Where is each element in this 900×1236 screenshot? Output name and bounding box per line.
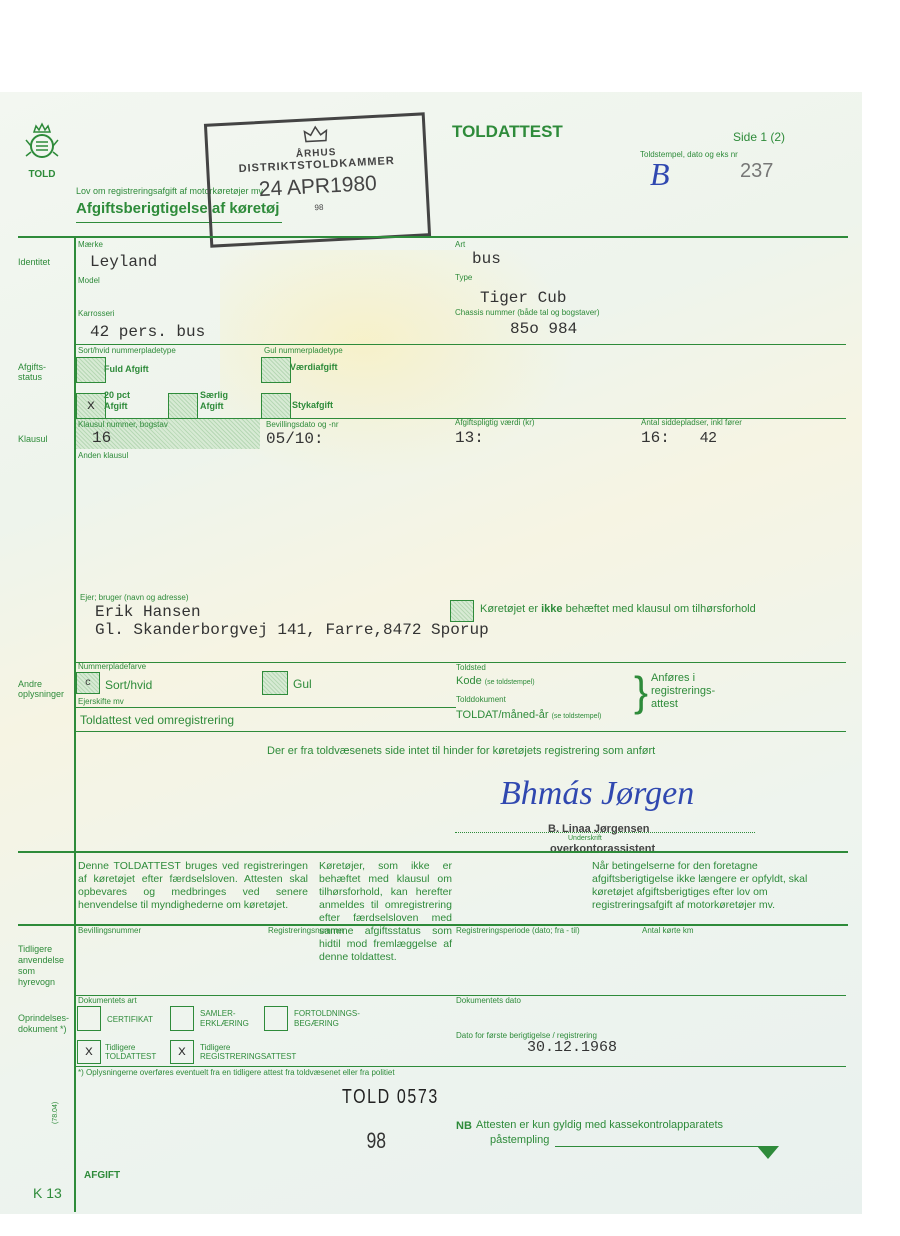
told-logo: TOLD bbox=[22, 122, 62, 180]
checkbox-mark: x bbox=[85, 1044, 93, 1060]
tidligere-toldattest-checkbox[interactable]: x bbox=[77, 1040, 101, 1064]
gul-label: Gul bbox=[293, 677, 312, 691]
bevilling-label: Bevillingsdato og -nr bbox=[266, 420, 338, 429]
ejerskifte-value: Toldattest ved omregistrering bbox=[80, 713, 234, 727]
art-value: bus bbox=[472, 250, 501, 268]
maerke-value: Leyland bbox=[90, 253, 157, 271]
sorthvid-checkbox[interactable]: c bbox=[76, 672, 100, 694]
rule bbox=[18, 851, 848, 853]
kode-hint: (se toldstempel) bbox=[485, 679, 535, 686]
maerke-label: Mærke bbox=[78, 240, 103, 249]
dokument-dato-label: Dokumentets dato bbox=[456, 996, 521, 1005]
toldat-hint: (se toldstempel) bbox=[552, 713, 602, 720]
rule bbox=[18, 236, 848, 238]
hyrevogn-periode-label: Registreringsperiode (dato; fra - til) bbox=[456, 926, 580, 935]
tidligere-toldattest-label: Tidligere TOLDATTEST bbox=[105, 1043, 156, 1061]
section-oprindelse: Oprindelses-dokument *) bbox=[18, 1013, 74, 1035]
toldsted-label: Toldsted bbox=[456, 663, 486, 672]
tilhoer-text-1: Køretøjet er bbox=[480, 603, 541, 615]
checkbox-mark: x bbox=[87, 398, 95, 414]
klausul-number-label: Klausul nummer, bogstav bbox=[78, 420, 168, 429]
gul-type-label: Gul nummerpladetype bbox=[264, 346, 343, 355]
tilhoer-bold: ikke bbox=[541, 603, 562, 615]
note-betingelser: Når betingelserne for den foretagne afgi… bbox=[592, 860, 824, 912]
rule bbox=[76, 707, 456, 708]
fuld-afgift-label: Fuld Afgift bbox=[104, 364, 149, 374]
anfores-text: Anføres i registrerings-attest bbox=[651, 672, 721, 711]
counter-number: 98 bbox=[366, 1128, 386, 1154]
pladser-label: Antal siddepladser, inkl fører bbox=[641, 418, 742, 427]
rule bbox=[76, 731, 846, 732]
page-indicator: Side 1 (2) bbox=[733, 130, 785, 144]
tilhoer-text: Køretøjet er ikke behæftet med klausul o… bbox=[480, 603, 756, 615]
karrosseri-label: Karrosseri bbox=[78, 309, 114, 318]
owner-label: Ejer; bruger (navn og adresse) bbox=[80, 593, 189, 602]
section-tidligere: Tidligere anvendelse som hyrevogn bbox=[18, 944, 73, 988]
stamp-line bbox=[555, 1146, 777, 1147]
fuld-afgift-checkbox[interactable] bbox=[76, 357, 106, 383]
samlererklaering-label: SAMLER- ERKLÆRING bbox=[200, 1009, 249, 1029]
owner-address: Gl. Skanderborgvej 141, Farre,8472 Sporu… bbox=[95, 621, 489, 639]
bevilling-value: 05/10: bbox=[266, 430, 324, 448]
document-title: TOLDATTEST bbox=[452, 122, 563, 142]
art-label: Art bbox=[455, 240, 465, 249]
fortoldningsbegaering-checkbox[interactable] bbox=[264, 1006, 288, 1031]
section-identitet: Identitet bbox=[18, 257, 50, 267]
nb-text: Attesten er kun gyldig med kassekontrola… bbox=[476, 1119, 723, 1131]
vaerdi-value: 13: bbox=[455, 429, 484, 447]
checkbox-mark: c bbox=[85, 678, 91, 689]
chassis-label: Chassis nummer (både tal og bogstaver) bbox=[455, 308, 600, 317]
sorthvid-type-label: Sort/hvid nummerpladetype bbox=[78, 346, 176, 355]
crown-shield-icon bbox=[22, 122, 62, 164]
tidligere-registreringsattest-checkbox[interactable]: x bbox=[170, 1040, 194, 1064]
ejerskifte-label: Ejerskifte mv bbox=[78, 697, 124, 706]
samlererklaering-checkbox[interactable] bbox=[170, 1006, 194, 1031]
section-afgiftsstatus: Afgifts- status bbox=[18, 362, 46, 382]
rule bbox=[76, 1066, 846, 1067]
vaerdiafgift-label: Værdiafgift bbox=[290, 362, 338, 372]
tolddok-label: Tolddokument bbox=[456, 695, 506, 704]
20pct-afgift-label: 20 pct Afgift bbox=[104, 390, 144, 412]
20pct-afgift-checkbox[interactable]: x bbox=[76, 393, 106, 419]
form-code: K 13 bbox=[33, 1185, 62, 1201]
nb-text-2: påstempling bbox=[490, 1134, 549, 1146]
kode-field: Kode (se toldstempel) bbox=[456, 675, 535, 687]
crown-icon bbox=[302, 124, 329, 143]
gul-checkbox[interactable] bbox=[262, 671, 288, 695]
brace: } bbox=[634, 662, 648, 722]
type-label: Type bbox=[455, 273, 472, 282]
hyrevogn-bevilling-label: Bevillingsnummer bbox=[78, 926, 141, 935]
rule bbox=[18, 924, 848, 926]
fortoldningsbegaering-label: FORTOLDNINGS- BEGÆRING bbox=[294, 1009, 360, 1029]
note-usage: Denne TOLDATTEST bruges ved registrering… bbox=[78, 860, 308, 912]
stykafgift-label: Stykafgift bbox=[292, 400, 333, 410]
tilhoer-text-2: behæftet med klausul om tilhørsforhold bbox=[563, 603, 756, 615]
forste-dato-value: 30.12.1968 bbox=[527, 1039, 617, 1056]
tidligere-registreringsattest-label: Tidligere REGISTRERINGSATTEST bbox=[200, 1043, 296, 1061]
eks-number: 237 bbox=[740, 160, 773, 183]
signature-name: B. Linaa Jørgensen bbox=[548, 823, 649, 835]
checkbox-mark: x bbox=[178, 1044, 186, 1060]
vaerdi-label: Afgiftspligtig værdi (kr) bbox=[455, 418, 535, 427]
hyrevogn-km-label: Antal kørte km bbox=[642, 926, 694, 935]
certifikat-label: CERTIFIKAT bbox=[107, 1015, 153, 1024]
type-value: Tiger Cub bbox=[480, 289, 566, 307]
customs-stamp: ÅRHUS DISTRIKTSTOLDKAMMER 24 APR1980 98 bbox=[204, 112, 431, 247]
model-label: Model bbox=[78, 276, 100, 285]
section-klausul: Klausul bbox=[18, 434, 48, 444]
vaerdiafgift-checkbox[interactable] bbox=[261, 357, 291, 383]
farve-label: Nummerpladefarve bbox=[78, 662, 146, 671]
afgift-footer: AFGIFT bbox=[84, 1170, 120, 1181]
kode-label: Kode bbox=[456, 675, 482, 687]
chassis-value: 85o 984 bbox=[510, 320, 577, 338]
saerlig-afgift-checkbox[interactable] bbox=[168, 393, 198, 419]
pladser-code: 16: bbox=[641, 429, 670, 447]
section-andre: Andre oplysninger bbox=[18, 679, 73, 699]
tilhoer-checkbox[interactable] bbox=[450, 600, 474, 622]
certifikat-checkbox[interactable] bbox=[77, 1006, 101, 1031]
pladser-value: 42 bbox=[700, 429, 717, 446]
handwritten-signature: Bhmás Jørgen bbox=[500, 775, 694, 813]
logo-text: TOLD bbox=[22, 169, 62, 180]
form-version: (78.04) bbox=[52, 1102, 59, 1124]
karrosseri-value: 42 pers. bus bbox=[90, 323, 205, 341]
signature-label: Underskrift bbox=[568, 835, 602, 842]
told-number: TOLD 0573 bbox=[342, 1086, 439, 1109]
klausul-number-value: 16 bbox=[92, 429, 111, 447]
stykafgift-checkbox[interactable] bbox=[261, 393, 291, 419]
dokument-art-label: Dokumentets art bbox=[78, 996, 137, 1005]
handwritten-initial: B bbox=[650, 156, 670, 193]
owner-name: Erik Hansen bbox=[95, 603, 201, 621]
saerlig-afgift-label: Særlig Afgift bbox=[200, 390, 240, 412]
declaration-text: Der er fra toldvæsenets side intet til h… bbox=[267, 745, 655, 757]
footnote: *) Oplysningerne overføres eventuelt fra… bbox=[78, 1068, 395, 1077]
hyrevogn-reg-label: Registreringsnummer bbox=[268, 926, 344, 935]
rule bbox=[76, 344, 846, 345]
note-omregistrering: Køretøjer, som ikke er behæftet med klau… bbox=[319, 860, 452, 964]
anden-klausul-label: Anden klausul bbox=[78, 451, 128, 460]
nb-label: NB bbox=[456, 1120, 472, 1132]
sorthvid-label: Sort/hvid bbox=[105, 678, 152, 692]
signature-title: overkontorassistent bbox=[550, 843, 655, 855]
triangle-marker-icon bbox=[757, 1146, 779, 1159]
toldat-field: TOLDAT/måned-år (se toldstempel) bbox=[456, 709, 601, 721]
toldat-label: TOLDAT/måned-år bbox=[456, 709, 549, 721]
